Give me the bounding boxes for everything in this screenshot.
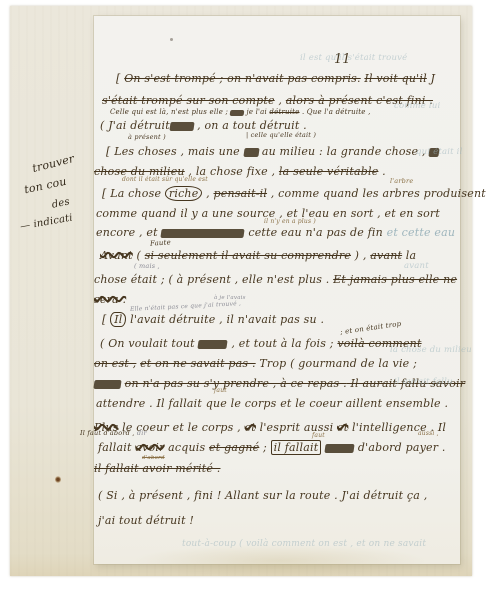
text-segment: avant	[370, 249, 402, 262]
text-segment: avant	[404, 261, 429, 271]
text-segment: comme lui	[394, 101, 440, 111]
text-segment: — indicati	[19, 212, 73, 232]
text-segment: Faute	[150, 238, 172, 247]
text-segment: la seule véritable	[279, 165, 379, 178]
text-segment: l'avait détruite , il n'avait pas su .	[126, 313, 324, 326]
text-segment: ;	[259, 441, 270, 454]
text-segment: , comme quand les arbres produisent ,	[267, 187, 486, 200]
manuscript-page: 11 113 [ On s'est trompé ; on n'avait pa…	[94, 16, 460, 564]
photo-mount-background: 11 113 [ On s'est trompé ; on n'avait pa…	[10, 6, 472, 576]
manuscript-line: Celle qui est là, n'est plus elle ; elle…	[110, 109, 371, 116]
manuscript-line: à présent )	[128, 134, 166, 141]
text-segment: Elle n'était pas ce que j'ai trouvé ,	[130, 300, 241, 313]
manuscript-line: Avant ( si seulement il avait su compren…	[100, 250, 416, 262]
text-segment: Il	[110, 312, 126, 327]
text-segment: La chose	[110, 187, 165, 200]
text-segment: d'abord payer .	[354, 441, 445, 454]
text-segment: et gagné	[209, 441, 259, 454]
text-segment: [	[116, 72, 124, 85]
text-segment: Avant	[100, 249, 133, 262]
manuscript-line: s'était trompé sur son compte , alors à …	[102, 95, 433, 107]
manuscript-line: d'abord	[142, 456, 165, 462]
text-segment: d'abord	[142, 455, 165, 461]
text-segment: détruite	[269, 108, 299, 116]
manuscript-line: Elle n'était pas ce que j'ai trouvé ,	[130, 301, 241, 313]
text-segment: ( J'ai détruit	[100, 119, 170, 132]
text-segment: elle en revient	[161, 229, 245, 238]
manuscript-line: chose était ; ( à présent , elle n'est p…	[94, 274, 457, 286]
margin-note-word: ton cou	[23, 176, 67, 196]
text-segment: acquis	[164, 441, 209, 454]
text-segment: il aurait fallu	[394, 377, 453, 387]
text-segment: si seulement il avait su comprendre	[145, 249, 351, 262]
manuscript-line: attendre . Il fallait que le corps et le…	[96, 398, 448, 410]
margin-note-word: trouver	[31, 153, 75, 175]
text-segment: Celle qui est là, n'est plus elle ;	[110, 108, 230, 116]
paper-stain	[130, 544, 430, 578]
text-segment: pensait-il	[214, 187, 268, 200]
text-segment: avoir	[198, 340, 228, 349]
text-segment: chose était ; ( à présent , elle n'est p…	[94, 273, 333, 286]
manuscript-line: il n'y en a plus )	[264, 219, 316, 225]
text-segment: | celle qu'elle était )	[246, 131, 316, 139]
manuscript-line: dont il était sûr qu'elle est	[122, 177, 208, 183]
text-segment: sera .	[94, 293, 126, 306]
paper-speck	[170, 38, 173, 41]
manuscript-line: [ Les choses , mais une un au milieu : l…	[106, 146, 440, 158]
text-segment: . Que l'a détruite ,	[300, 108, 371, 116]
text-segment: (	[133, 249, 145, 262]
manuscript-line: faut	[312, 433, 325, 439]
bleedthrough-text: comme lui	[394, 102, 440, 111]
text-segment: à présent )	[128, 133, 166, 141]
text-segment: ; et on était trop	[340, 320, 402, 336]
bleedthrough-text: avant	[404, 262, 429, 271]
manuscript-line: ; et on était trop	[340, 321, 402, 337]
text-segment: il fallait	[271, 440, 322, 455]
bleedthrough-text: il aurait fallu	[394, 378, 453, 387]
text-segment: trouver	[31, 152, 76, 175]
text-segment: Il voit qu'il	[364, 72, 426, 85]
manuscript-line: ( mais ,	[134, 263, 160, 270]
text-segment: .	[378, 165, 385, 178]
manuscript-line: ( J'ai détruite ça , on a tout détruit .	[100, 120, 307, 132]
bleedthrough-text: qui était il	[416, 148, 463, 157]
text-segment: aussi ,	[418, 430, 439, 437]
text-segment: J	[427, 72, 435, 85]
text-segment: ,	[275, 94, 286, 107]
text-segment: ,	[202, 187, 213, 200]
manuscript-line: sera .	[94, 294, 126, 306]
text-segment: , et tout à la fois ;	[228, 337, 338, 350]
text-segment: la chose du milieu	[390, 345, 472, 355]
text-segment: Trop ( gourmand de la vie ;	[256, 357, 417, 370]
text-segment: on n'a pas su s'y prendre , à ce repas .	[125, 377, 347, 390]
manuscript-line: Faute	[150, 239, 171, 248]
text-segment: on est ,	[94, 357, 136, 370]
scanned-manuscript-photo: 11 113 [ On s'est trompé ; on n'avait pa…	[0, 0, 486, 599]
text-segment: [	[102, 187, 110, 200]
text-segment: Il faut d'abord ,	[80, 429, 135, 437]
manuscript-line: ( On voulait tout avoir , et tout à la f…	[100, 338, 422, 350]
manuscript-line: fallait avoir acquis et gagné ; il falla…	[98, 442, 446, 454]
text-segment: encore , et	[96, 226, 161, 239]
text-segment: ) ,	[351, 249, 370, 262]
manuscript-line: faut	[214, 388, 227, 394]
text-segment: cette eau n'a pas de fin	[245, 226, 383, 239]
text-segment: fallait	[98, 441, 135, 454]
text-segment: il est qu'il s'était trouvé	[300, 53, 407, 63]
text-segment: au milieu : la grande chose ,	[258, 145, 429, 158]
text-segment: [	[102, 313, 110, 326]
margin-note-word: — indicati	[19, 213, 73, 233]
text-segment: riche	[165, 186, 203, 201]
text-segment: et	[245, 421, 256, 434]
text-segment: mais	[93, 380, 121, 389]
manuscript-line: | celle qu'elle était )	[246, 132, 316, 139]
manuscript-line: aussi ,	[418, 431, 439, 437]
text-segment: et cette eau	[383, 226, 455, 239]
bleedthrough-text: la chose du milieu	[390, 346, 472, 355]
text-segment: avoir	[324, 444, 354, 453]
text-segment: j'ai tout détruit !	[98, 514, 194, 527]
foxing-spot	[55, 476, 61, 483]
text-segment: attendre . Il fallait que le corps et le…	[96, 397, 448, 410]
manuscript-line: encore , et elle en revient cette eau n'…	[96, 227, 455, 239]
text-segment: il n'y en a plus )	[264, 218, 316, 225]
text-segment: ( mais ,	[134, 262, 160, 270]
text-segment: ( Si , à présent , fini ! Allant sur la …	[98, 489, 427, 502]
text-segment: faut	[214, 387, 227, 394]
text-segment: ton cou	[23, 175, 68, 197]
text-segment: et on ne savait pas .	[140, 357, 256, 370]
text-segment: faut	[312, 432, 325, 439]
manuscript-line: il fallait avoir mérité .	[94, 463, 221, 475]
text-segment: avoir	[135, 441, 164, 454]
manuscript-line: [ La chose riche , pensait-il , comme qu…	[102, 188, 486, 200]
text-segment: dont il était sûr qu'elle est	[122, 176, 208, 183]
manuscript-line: on est , et on ne savait pas . Trop ( go…	[94, 358, 417, 370]
text-segment: Les choses , mais une	[114, 145, 243, 158]
manuscript-line: l'arbre	[390, 178, 413, 185]
manuscript-line: j'ai tout détruit !	[98, 515, 194, 527]
text-segment: qui était il	[416, 147, 463, 157]
text-segment: Et jamais plus elle ne	[333, 273, 457, 286]
bleedthrough-text: il est qu'il s'était trouvé	[300, 54, 407, 63]
manuscript-line: Il faut d'abord , dir	[80, 430, 147, 437]
text-segment: [	[106, 145, 114, 158]
text-segment: je l'ai	[244, 108, 269, 116]
text-segment: ( On voulait tout	[100, 337, 198, 350]
manuscript-line: [ On s'est trompé ; on n'avait pas compr…	[116, 73, 435, 85]
text-segment: On s'est trompé ; on n'avait pas compris…	[124, 72, 361, 85]
text-segment: s'était trompé sur son compte	[102, 94, 275, 107]
text-segment: des	[51, 196, 71, 211]
text-segment: e ça	[169, 122, 194, 131]
text-segment: un	[243, 148, 259, 157]
text-segment: elle	[230, 110, 244, 116]
text-segment: il fallait avoir mérité .	[94, 462, 221, 475]
text-segment: dir	[135, 429, 147, 437]
manuscript-line: ( Si , à présent , fini ! Allant sur la …	[98, 490, 427, 502]
text-segment: l'arbre	[390, 177, 413, 185]
manuscript-line: [ Il l'avait détruite , il n'avait pas s…	[102, 314, 324, 326]
margin-note-word: des	[51, 197, 71, 211]
text-segment: et	[337, 421, 348, 434]
